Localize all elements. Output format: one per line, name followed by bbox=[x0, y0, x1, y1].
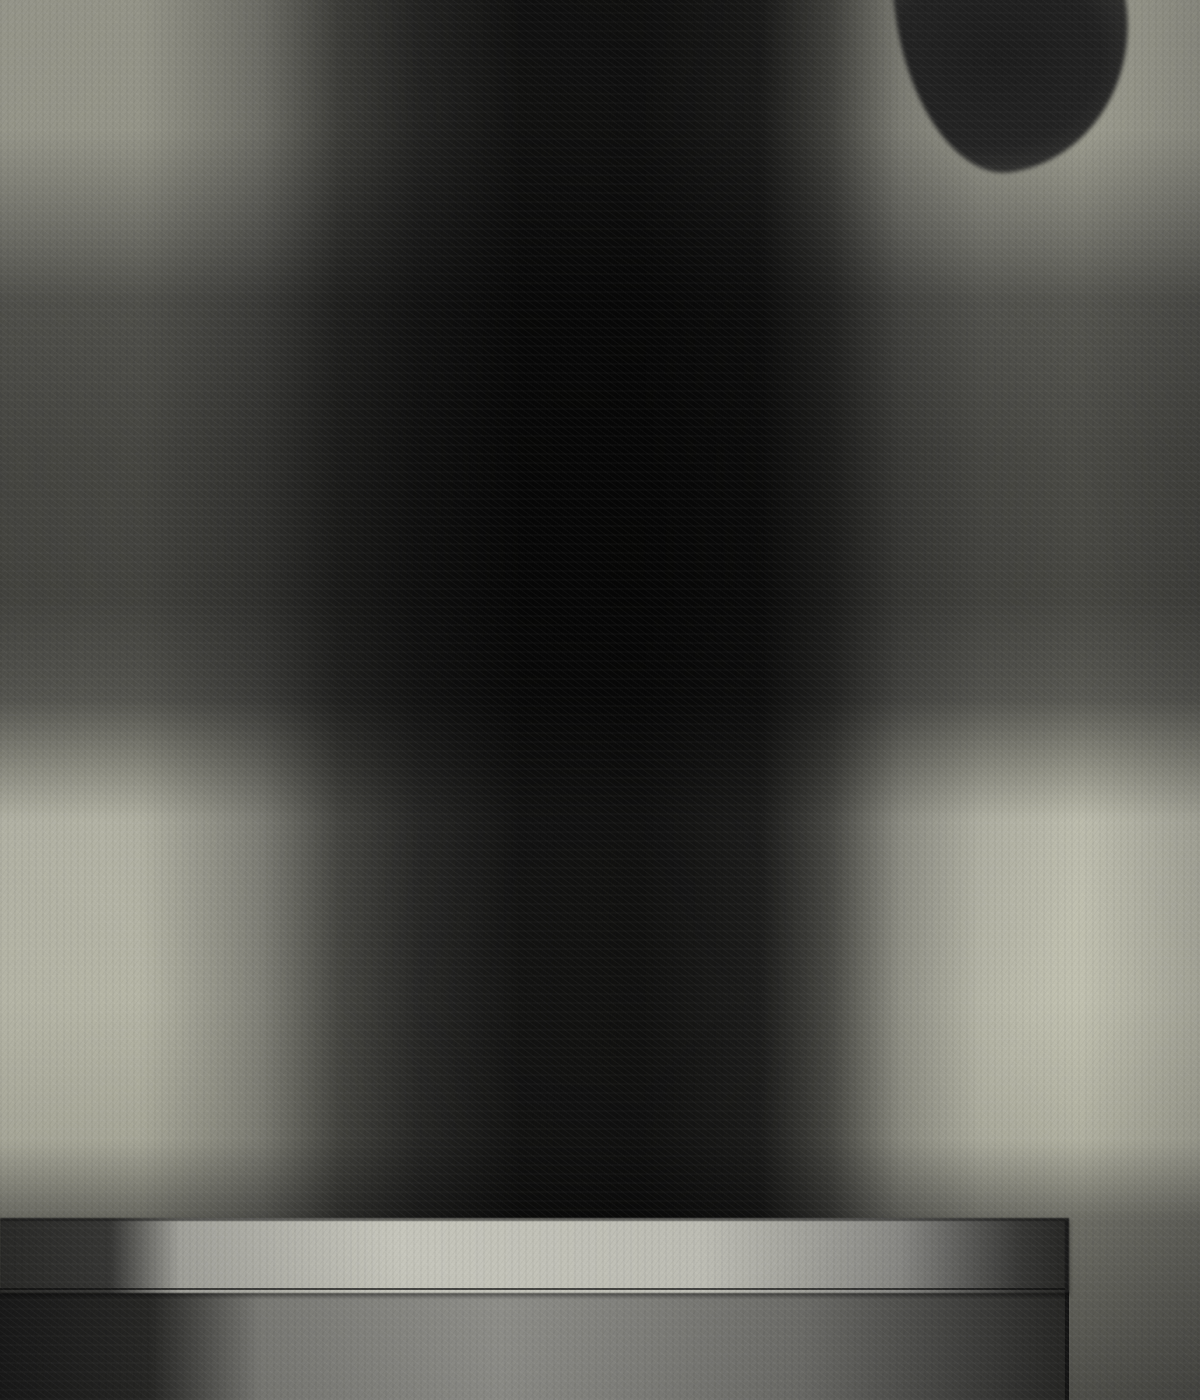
wool-plaid-fabric-photo bbox=[0, 0, 1200, 1400]
photo-vignette bbox=[0, 0, 1200, 1400]
